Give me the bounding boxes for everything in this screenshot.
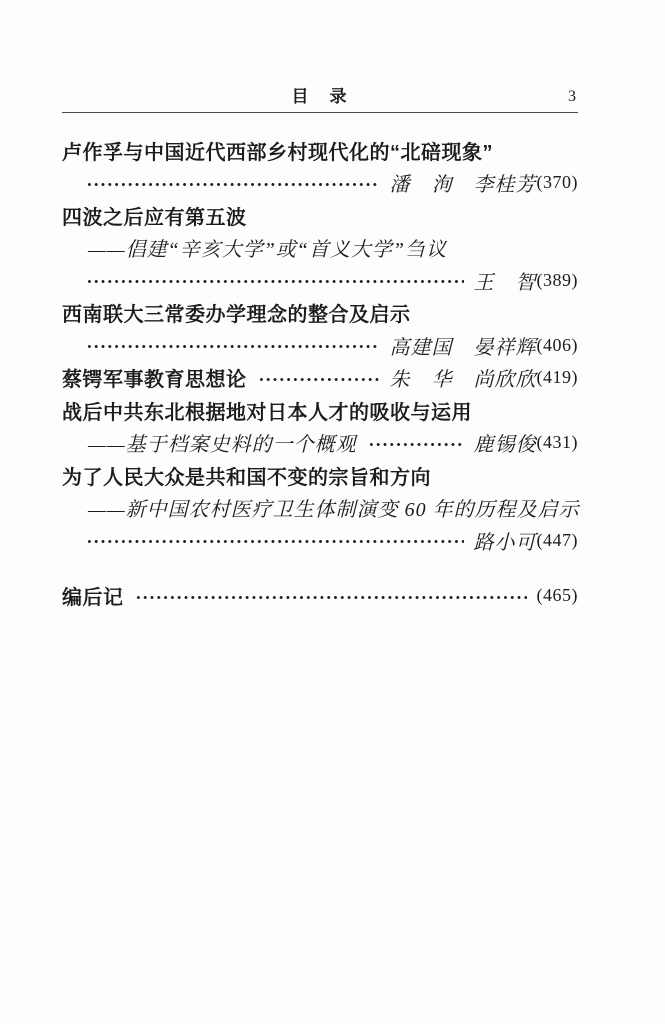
entry-title: 蔡锷军事教育思想论 — [62, 363, 247, 392]
toc-entry-line: 王 智(389) — [62, 264, 578, 297]
entry-title: 为了人民大众是共和国不变的宗旨和方向 — [62, 461, 431, 490]
toc-entry-line: 四波之后应有第五波 — [62, 199, 578, 232]
dot-leader — [86, 264, 464, 297]
dot-leader — [86, 329, 380, 362]
toc-entry-line: 卢作孚与中国近代西部乡村现代化的“北碚现象” — [62, 134, 578, 167]
entry-subtitle: ——倡建“辛亥大学”或“首义大学”刍议 — [88, 233, 447, 262]
dot-leader — [135, 580, 527, 613]
entry-page-number: (370) — [537, 172, 579, 193]
toc-list: 卢作孚与中国近代西部乡村现代化的“北碚现象”潘 洵 李桂芳(370)四波之后应有… — [62, 134, 578, 612]
dot-leader — [368, 427, 464, 460]
dot-leader — [86, 524, 464, 557]
entry-page-number: (406) — [537, 335, 579, 356]
page-title: 目 录 — [62, 85, 578, 109]
entry-authors: 潘 洵 李桂芳 — [390, 168, 537, 197]
toc-entry-line: ——基于档案史料的一个概观鹿锡俊(431) — [62, 427, 578, 460]
entry-authors: 朱 华 尚欣欣 — [390, 363, 537, 392]
running-head: 目 录 3 — [62, 85, 578, 113]
toc-entry-line: 潘 洵 李桂芳(370) — [62, 167, 578, 200]
entry-page-number: (431) — [537, 432, 579, 453]
entry-subtitle: ——基于档案史料的一个概观 — [88, 428, 357, 457]
toc-page: 目 录 3 卢作孚与中国近代西部乡村现代化的“北碚现象”潘 洵 李桂芳(370)… — [0, 0, 665, 1024]
entry-subtitle: ——新中国农村医疗卫生体制演变 60 年的历程及启示 — [88, 493, 580, 522]
toc-entry-line: 战后中共东北根据地对日本人才的吸收与运用 — [62, 394, 578, 427]
dot-leader — [86, 167, 380, 200]
entry-title: 战后中共东北根据地对日本人才的吸收与运用 — [62, 396, 472, 425]
entry-authors: 高建国 晏祥辉 — [390, 331, 537, 360]
toc-entry-line: 编后记(465) — [62, 580, 578, 613]
toc-entry-line: 路小可(447) — [62, 524, 578, 557]
toc-entry-line: 高建国 晏祥辉(406) — [62, 329, 578, 362]
folio-page-number: 3 — [568, 85, 576, 109]
dot-leader — [258, 362, 380, 395]
entry-title: 编后记 — [62, 581, 124, 610]
entry-page-number: (447) — [537, 530, 579, 551]
entry-title: 西南联大三常委办学理念的整合及启示 — [62, 298, 411, 327]
entry-authors: 王 智 — [474, 266, 537, 295]
entry-page-number: (465) — [537, 585, 579, 606]
entry-page-number: (419) — [537, 367, 579, 388]
entry-title: 卢作孚与中国近代西部乡村现代化的“北碚现象” — [62, 136, 493, 165]
toc-entry-line: ——新中国农村医疗卫生体制演变 60 年的历程及启示 — [62, 492, 578, 525]
entry-page-number: (389) — [537, 270, 579, 291]
toc-entry-line: ——倡建“辛亥大学”或“首义大学”刍议 — [62, 232, 578, 265]
toc-entry-line: 西南联大三常委办学理念的整合及启示 — [62, 297, 578, 330]
entry-authors: 路小可 — [474, 526, 537, 555]
toc-entry-line: 蔡锷军事教育思想论朱 华 尚欣欣(419) — [62, 362, 578, 395]
toc-entry-line: 为了人民大众是共和国不变的宗旨和方向 — [62, 459, 578, 492]
entry-authors: 鹿锡俊 — [474, 428, 537, 457]
entry-title: 四波之后应有第五波 — [62, 201, 247, 230]
